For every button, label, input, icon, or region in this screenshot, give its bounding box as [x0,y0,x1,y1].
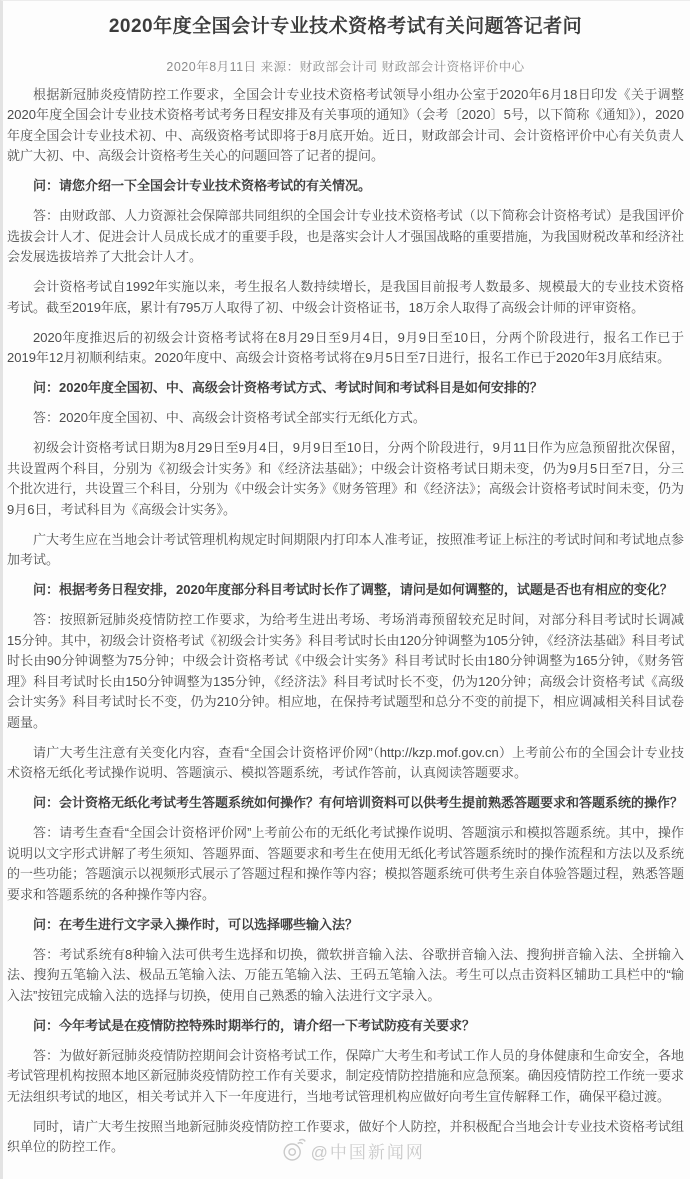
answer-paragraph: 初级会计资格考试日期为8月29日至9月4日，9月9日至10日，分两个阶段进行，9… [7,438,684,520]
article-body: 根据新冠肺炎疫情防控工作要求，全国会计专业技术资格考试领导小组办公室于2020年… [7,85,684,1158]
answer-paragraph: 答：请考生查看“全国会计资格评价网”上考前公布的无纸化考试操作说明、答题演示和模… [7,823,684,905]
answer-paragraph: 广大考生应在当地会计考试管理机构规定时间期限内打印本人准考证，按照准考证上标注的… [7,530,684,571]
question-paragraph: 问：2020年度全国初、中、高级会计资格考试方式、考试时间和考试科目是如何安排的… [7,378,684,399]
answer-paragraph: 答：2020年度全国初、中、高级会计资格考试全部实行无纸化方式。 [7,408,684,429]
article-page: 2020年度全国会计专业技术资格考试有关问题答记者问 2020年8月11日 来源… [0,0,690,1179]
article-content: 2020年度全国会计专业技术资格考试有关问题答记者问 2020年8月11日 来源… [3,14,690,1158]
page-title: 2020年度全国会计专业技术资格考试有关问题答记者问 [37,14,654,39]
question-paragraph: 问：在考生进行文字录入操作时，可以选择哪些输入法？ [7,915,684,936]
answer-paragraph: 答：由财政部、人力资源社会保障部共同组织的全国会计专业技术资格考试（以下简称会计… [7,206,684,268]
question-paragraph: 问：根据考务日程安排，2020年度部分科目考试时长作了调整，请问是如何调整的，试… [7,580,684,601]
question-paragraph: 问：会计资格无纸化考试考生答题系统如何操作？有何培训资料可以供考生提前熟悉答题要… [7,793,684,814]
answer-paragraph: 会计资格考试自1992年实施以来，考生报名人数持续增长，是我国目前报考人数最多、… [7,277,684,318]
answer-paragraph: 答：按照新冠肺炎疫情防控工作要求，为给考生进出考场、考场消毒预留较充足时间，对部… [7,610,684,733]
source-label: 来源：财政部会计司 财政部会计资格评价中心 [261,60,525,74]
answer-paragraph: 根据新冠肺炎疫情防控工作要求，全国会计专业技术资格考试领导小组办公室于2020年… [7,85,684,167]
answer-paragraph: 答：为做好新冠肺炎疫情防控期间会计资格考试工作，保障广大考生和考试工作人员的身体… [7,1046,684,1108]
answer-paragraph: 请广大考生注意有关变化内容，查看“全国会计资格评价网”（http://kzp.m… [7,743,684,784]
answer-paragraph: 答：考试系统有8种输入法可供考生选择和切换，微软拼音输入法、谷歌拼音输入法、搜狗… [7,945,684,1007]
article-meta: 2020年8月11日 来源：财政部会计司 财政部会计资格评价中心 [7,57,684,75]
answer-paragraph: 2020年度推迟后的初级会计资格考试将在8月29日至9月4日，9月9日至10日，… [7,328,684,369]
question-paragraph: 问：今年考试是在疫情防控特殊时期举行的，请介绍一下考试防疫有关要求？ [7,1016,684,1037]
question-paragraph: 问：请您介绍一下全国会计专业技术资格考试的有关情况。 [7,176,684,197]
answer-paragraph: 同时，请广大考生按照当地新冠肺炎疫情防控工作要求，做好个人防控，并积极配合当地会… [7,1117,684,1158]
publish-date: 2020年8月11日 [166,60,256,74]
